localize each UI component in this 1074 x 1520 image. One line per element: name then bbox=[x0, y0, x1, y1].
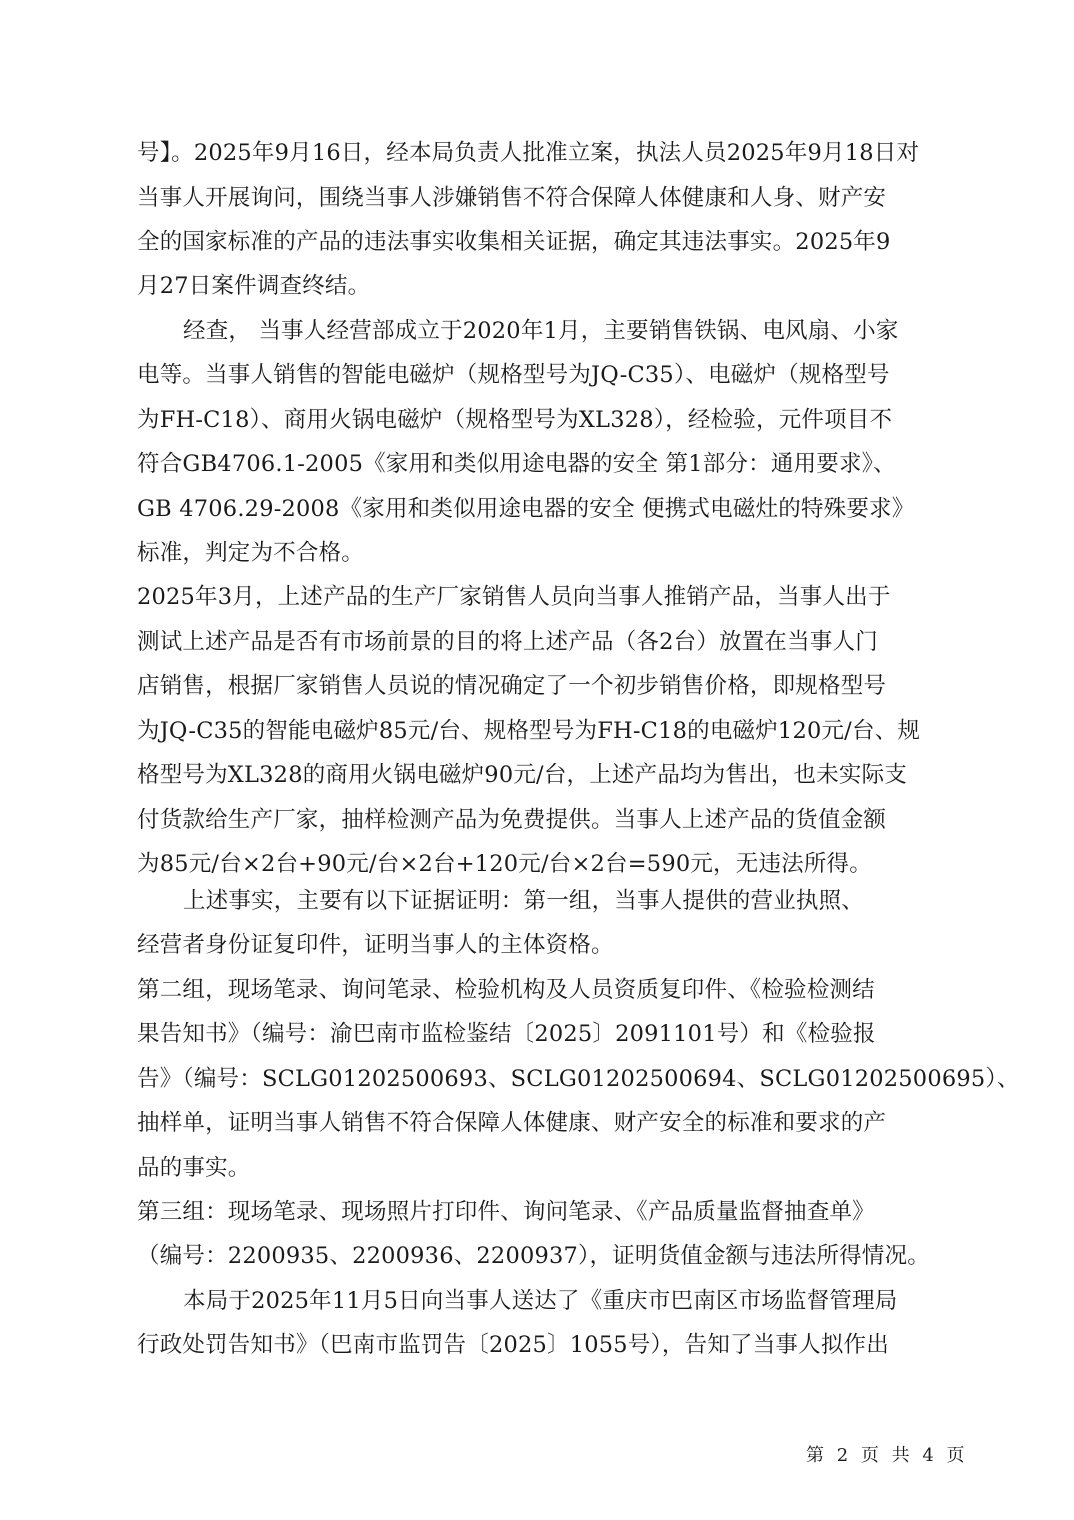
text-line-9: GB 4706.29-2008《家用和类似用途电器的安全 便携式电磁灶的特殊要求… bbox=[137, 494, 957, 524]
text-line-8: 符合GB4706.1-2005《家用和类似用途电器的安全 第1部分：通用要求》、 bbox=[137, 449, 957, 479]
text-line-17: 为85元/台×2台+90元/台×2台+120元/台×2台=590元，无违法所得。 bbox=[137, 849, 957, 879]
text-line-16: 付货款给生产厂家，抽样检测产品为免费提供。当事人上述产品的货值金额 bbox=[137, 805, 957, 835]
text-line-23: 抽样单，证明当事人销售不符合保障人体健康、财产安全的标准和要求的产 bbox=[137, 1108, 957, 1138]
text-line-10: 标准，判定为不合格。 bbox=[137, 538, 957, 568]
text-line-13: 店销售，根据厂家销售人员说的情况确定了一个初步销售价格，即规格型号 bbox=[137, 671, 957, 701]
text-line-7: 为FH-C18）、商用火锅电磁炉（规格型号为XL328），经检验，元件项目不 bbox=[137, 405, 957, 435]
text-line-27: 本局于2025年11月5日向当事人送达了《重庆市巴南区市场监督管理局 bbox=[183, 1286, 1003, 1316]
text-line-26: （编号：2200935、2200936、2200937），证明货值金额与违法所得… bbox=[137, 1241, 957, 1271]
text-line-14: 为JQ-C35的智能电磁炉85元/台、规格型号为FH-C18的电磁炉120元/台… bbox=[137, 716, 957, 746]
text-line-3: 全的国家标准的产品的违法事实收集相关证据，确定其违法事实。2025年9 bbox=[137, 227, 957, 257]
text-line-6: 电等。当事人销售的智能电磁炉（规格型号为JQ-C35）、电磁炉（规格型号 bbox=[137, 360, 957, 390]
text-line-5: 经查， 当事人经营部成立于2020年1月，主要销售铁锅、电风扇、小家 bbox=[183, 316, 1003, 346]
text-line-11: 2025年3月，上述产品的生产厂家销售人员向当事人推销产品，当事人出于 bbox=[137, 582, 957, 612]
text-line-4: 月27日案件调查终结。 bbox=[137, 271, 957, 301]
text-line-25: 第三组：现场笔录、现场照片打印件、询问笔录、《产品质量监督抽查单》 bbox=[137, 1197, 957, 1227]
text-line-19: 经营者身份证复印件，证明当事人的主体资格。 bbox=[137, 930, 957, 960]
page-number-footer: 第 2 页 共 4 页 bbox=[806, 1444, 967, 1468]
text-line-20: 第二组，现场笔录、询问笔录、检验机构及人员资质复印件、《检验检测结 bbox=[137, 975, 957, 1005]
text-line-12: 测试上述产品是否有市场前景的目的将上述产品（各2台）放置在当事人门 bbox=[137, 627, 957, 657]
text-line-28: 行政处罚告知书》（巴南市监罚告〔2025〕1055号），告知了当事人拟作出 bbox=[137, 1330, 957, 1360]
text-line-24: 品的事实。 bbox=[137, 1153, 957, 1183]
text-line-22: 告》（编号：SCLG01202500693、SCLG01202500694、SC… bbox=[137, 1064, 957, 1094]
text-line-21: 果告知书》（编号：渝巴南市监检鉴结〔2025〕2091101号）和《检验报 bbox=[137, 1019, 957, 1049]
text-line-15: 格型号为XL328的商用火锅电磁炉90元/台，上述产品均为售出，也未实际支 bbox=[137, 760, 957, 790]
text-line-1: 号】。2025年9月16日，经本局负责人批准立案，执法人员2025年9月18日对 bbox=[137, 138, 957, 168]
text-line-18: 上述事实，主要有以下证据证明：第一组，当事人提供的营业执照、 bbox=[183, 886, 1003, 916]
document-page: 号】。2025年9月16日，经本局负责人批准立案，执法人员2025年9月18日对… bbox=[0, 0, 1074, 1520]
text-line-2: 当事人开展询问，围绕当事人涉嫌销售不符合保障人体健康和人身、财产安 bbox=[137, 183, 957, 213]
